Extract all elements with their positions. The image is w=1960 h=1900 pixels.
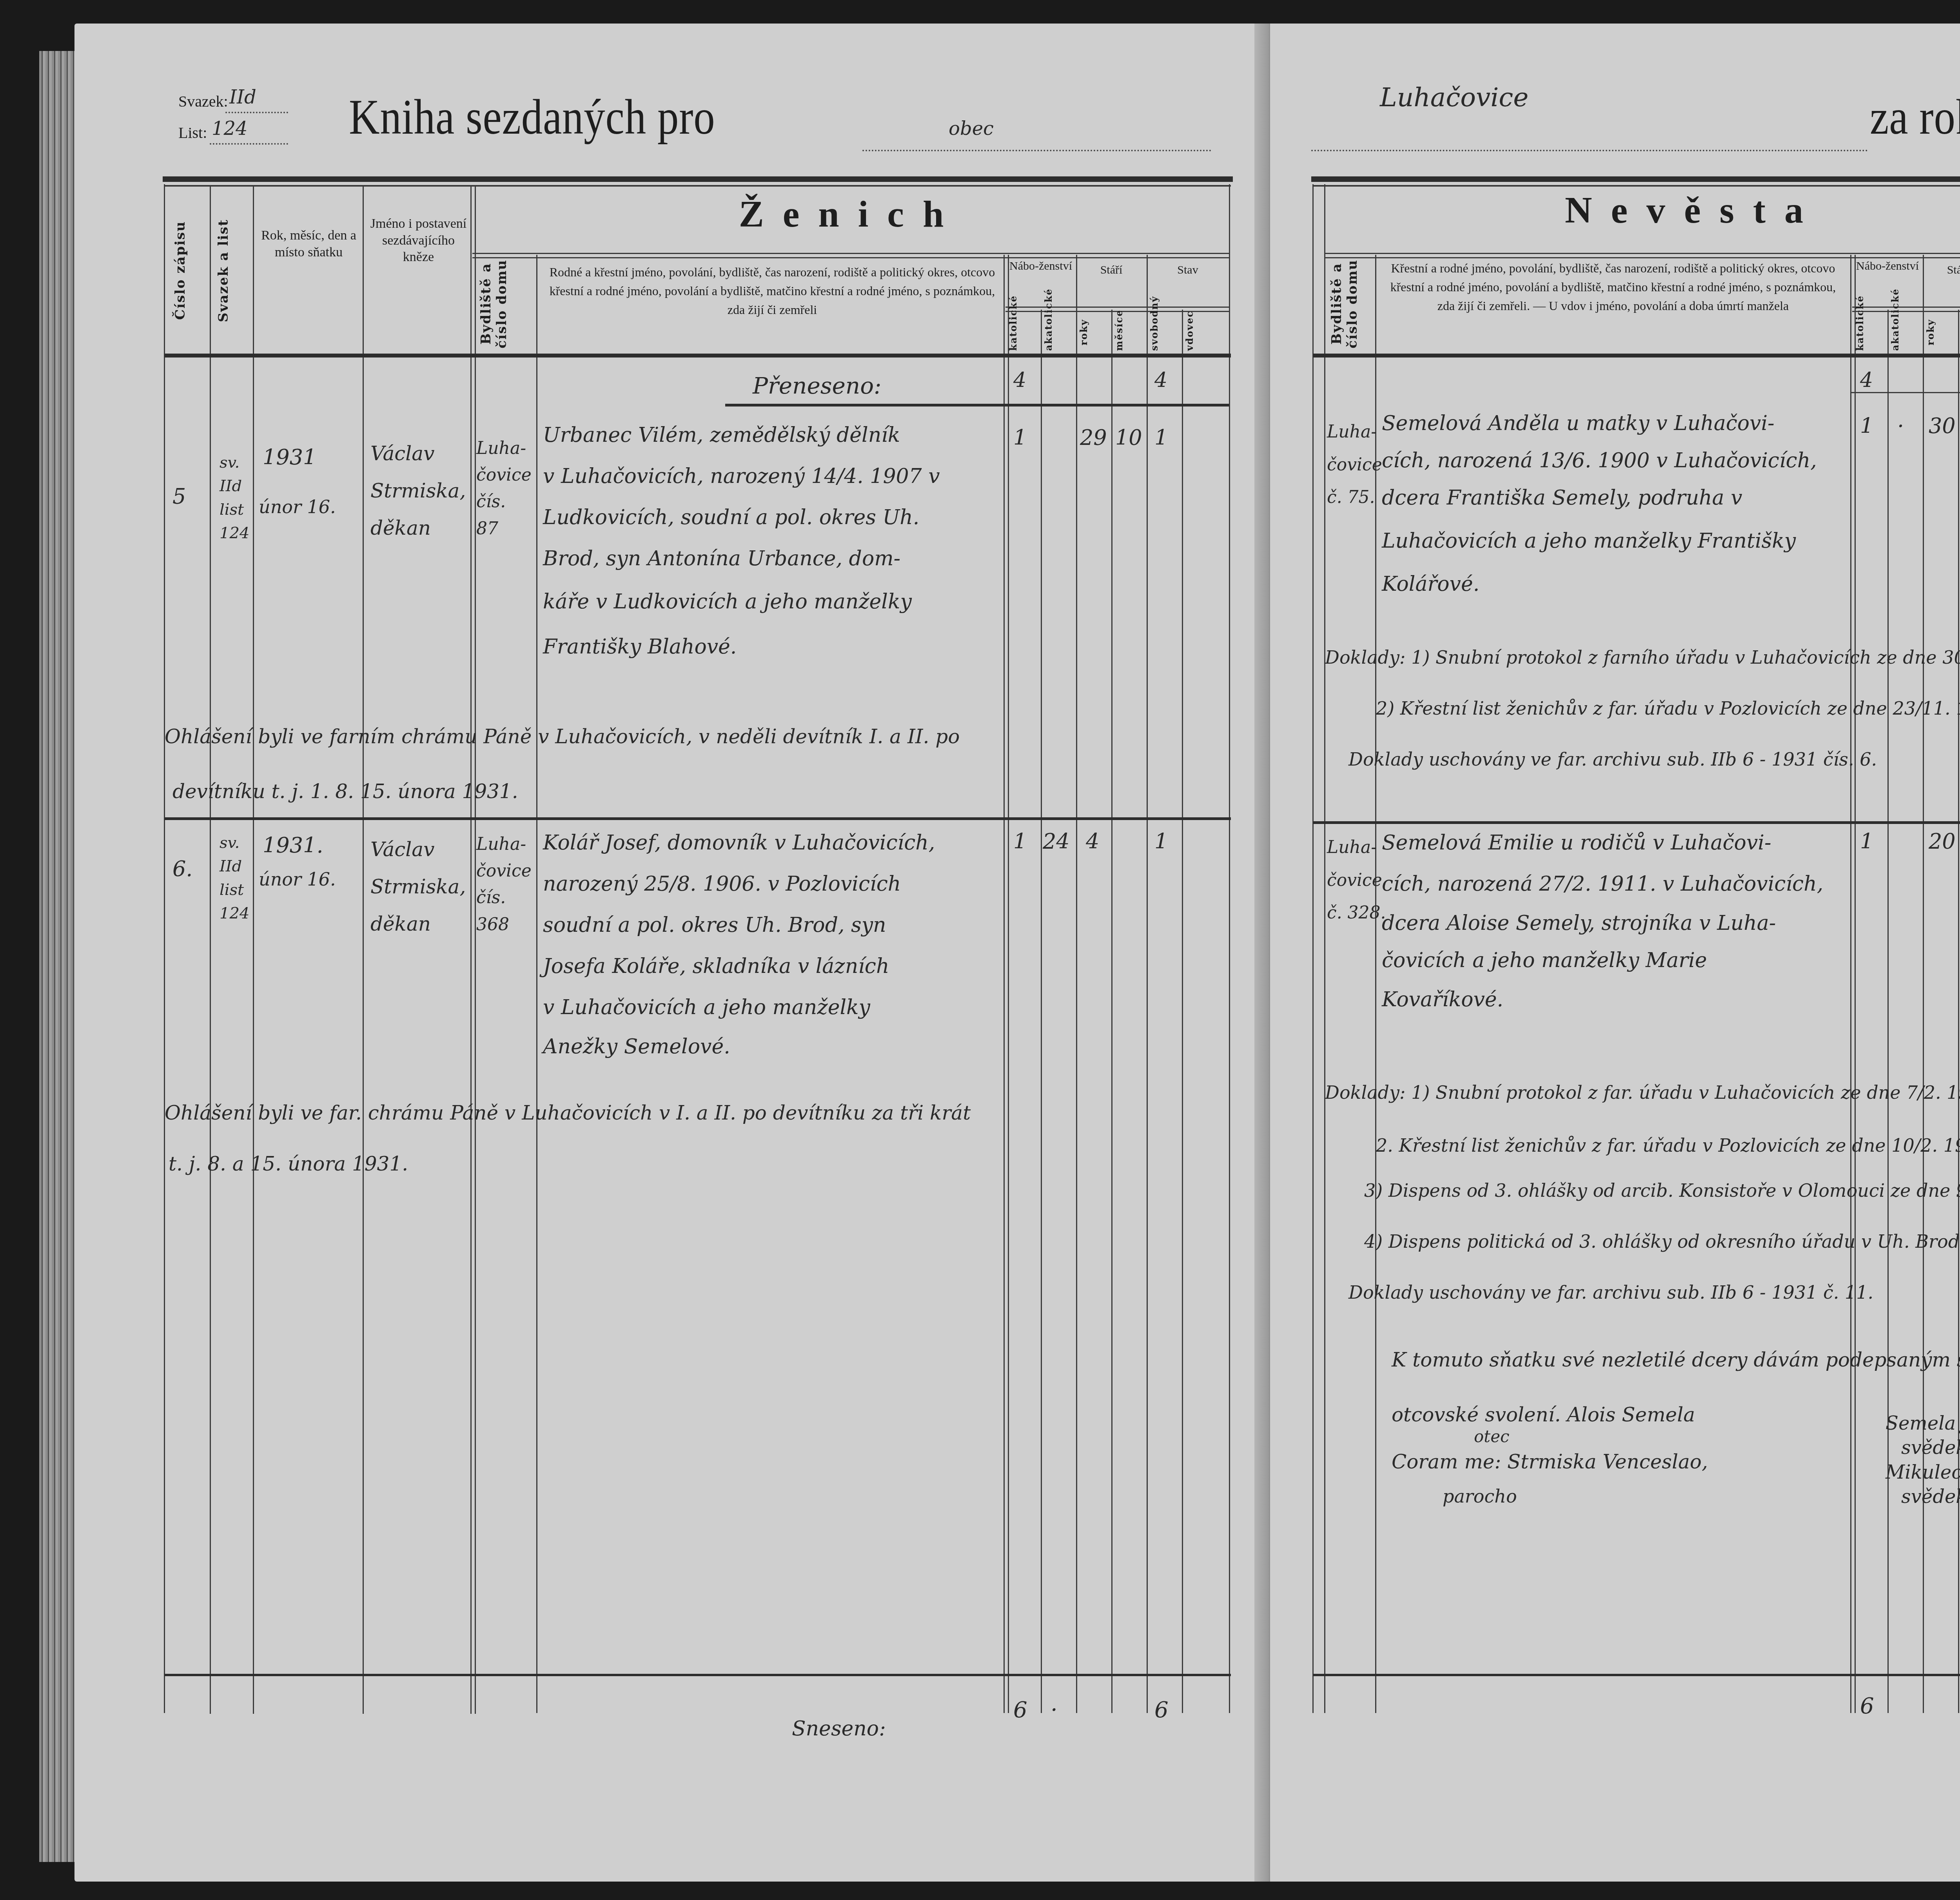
col-groom-roky: roky: [1078, 314, 1109, 351]
groom-mesice: 4: [1086, 831, 1099, 852]
entry-priest: VáclavStrmiska,děkan: [370, 435, 466, 547]
header-bottom-border: [165, 354, 1231, 357]
carried-bride-kat: 4: [1860, 368, 1873, 392]
carried-groom-kat: 4: [1013, 368, 1026, 392]
left-page: Svazek: IId List: 124 Kniha sezdaných pr…: [74, 24, 1266, 1882]
col-groom-mesice: měsíce: [1113, 314, 1145, 351]
carried-forward-label: Přeneseno:: [753, 372, 882, 399]
col-groom-katolicke: katolické: [1007, 314, 1039, 351]
col-bride-description: Křestní a rodné jméno, povolání, bydlišt…: [1382, 259, 1844, 315]
entry-year: 1931: [263, 447, 316, 468]
groom-kat: 1: [1013, 427, 1027, 448]
title-fill-obec: obec: [949, 118, 994, 140]
banns-note: Ohlášení byli ve far. chrámu Páně v Luha…: [165, 1102, 971, 1124]
groom-roky: 29: [1080, 427, 1107, 448]
brought-forward-label: Sneseno:: [792, 1717, 886, 1740]
col-bride-roky: roky: [1925, 314, 1956, 351]
col-groom-svobodny: svobodný: [1149, 314, 1180, 351]
col-jmeno-knez: Jméno i postavení sezdávajícího kněze: [368, 216, 468, 266]
table-top-border: [163, 176, 1233, 182]
entry-priest: VáclavStrmiska,děkan: [370, 831, 466, 943]
entry-date: únor 16.: [259, 498, 336, 516]
col-bride-katolicke: katolické: [1854, 314, 1886, 351]
bride-akat: ·: [1897, 416, 1904, 437]
page-title-left: Kniha sezdaných pro: [349, 88, 715, 146]
col-groom-nabozenstvi: Nábo-ženství: [1007, 259, 1074, 274]
witness-signatures: Semela Josef svědek Mikulec Frant. svěde…: [1886, 1411, 1960, 1509]
col-groom-bydliste: Bydliště a číslo domu: [478, 259, 533, 349]
groom-residence: Luha-čovicečís.368: [476, 831, 532, 938]
entry-svazek-list: sv.IIdlist124: [220, 451, 251, 545]
col-bride-nabozenstvi: Nábo-ženství: [1854, 259, 1921, 274]
svazek-label: Svazek:: [178, 92, 228, 111]
bride-roky: 20: [1929, 831, 1956, 852]
bride-residence: Luha-čoviceč. 328.: [1327, 831, 1386, 929]
groom-roky: 24: [1043, 831, 1070, 852]
footer-separator: [165, 1674, 1231, 1676]
section-nevesta: Nevěsta: [1325, 188, 1960, 232]
entry-number: 5: [172, 486, 186, 507]
list-value: 124: [212, 118, 248, 140]
footer-groom-kat: 6: [1013, 1697, 1027, 1723]
col-groom-stav: Stav: [1149, 263, 1227, 278]
section-zenich: Ženich: [478, 192, 1223, 236]
bride-kat: 1: [1860, 831, 1873, 852]
groom-mesice: 10: [1115, 427, 1142, 448]
right-page: Luhačovice za rok 1931 Nevěsta Svědci By…: [1270, 24, 1960, 1882]
footer-groom-svob: 6: [1154, 1697, 1169, 1723]
col-rok-mesic: Rok, měsíc, den a místo sňatku: [259, 227, 359, 261]
book-page-edges-left: [39, 51, 78, 1862]
groom-svob: 1: [1154, 427, 1168, 448]
entry-number: 6.: [172, 858, 193, 880]
col-bride-bydliste: Bydliště a číslo domu: [1329, 259, 1372, 349]
entry-date: únor 16.: [259, 870, 336, 888]
footer-groom-akat: ·: [1051, 1697, 1058, 1723]
header-bottom-border: [1313, 354, 1960, 357]
col-cislo-zapisu: Číslo zápisu: [172, 192, 208, 349]
footer-bride-kat: 6: [1860, 1693, 1874, 1719]
banns-note-2: devítníku t. j. 1. 8. 15. února 1931.: [172, 780, 518, 803]
footer-separator: [1313, 1674, 1960, 1676]
groom-svob: 1: [1154, 831, 1168, 852]
entry-svazek-list: sv.IIdlist124: [220, 831, 251, 925]
col-groom-stari: Stáří: [1078, 263, 1145, 278]
col-groom-description: Rodné a křestní jméno, povolání, bydlišt…: [545, 263, 1000, 319]
col-groom-akatolicke: akatolické: [1043, 314, 1074, 351]
col-bride-akatolicke: akatolické: [1889, 314, 1921, 351]
col-bride-stari: Stáří: [1925, 263, 1960, 278]
col-groom-vdovec: vdovec: [1184, 314, 1227, 351]
list-label: List:: [178, 123, 207, 142]
page-title-right: za rok: [1870, 88, 1960, 146]
bride-residence: Luha-čoviceč. 75.: [1327, 416, 1382, 514]
groom-kat: 1: [1013, 831, 1027, 852]
banns-note-2: t. j. 8. a 15. února 1931.: [169, 1152, 408, 1175]
table-top-border: [1311, 176, 1960, 182]
entry-year: 1931.: [263, 835, 323, 856]
carried-groom-svob: 4: [1154, 368, 1167, 392]
bride-kat: 1: [1860, 416, 1873, 437]
bride-roky: 30: [1929, 416, 1956, 437]
groom-residence: Luha-čovicečís.87: [476, 435, 532, 542]
banns-note: Ohlášení byli ve farním chrámu Páně v Lu…: [165, 725, 960, 748]
col-svazek-list: Svazek a list: [216, 192, 251, 349]
title-fill-place: Luhačovice: [1380, 82, 1528, 113]
entry-separator: [1313, 821, 1960, 824]
entry-separator: [165, 817, 1231, 820]
svazek-value: IId: [229, 86, 256, 108]
